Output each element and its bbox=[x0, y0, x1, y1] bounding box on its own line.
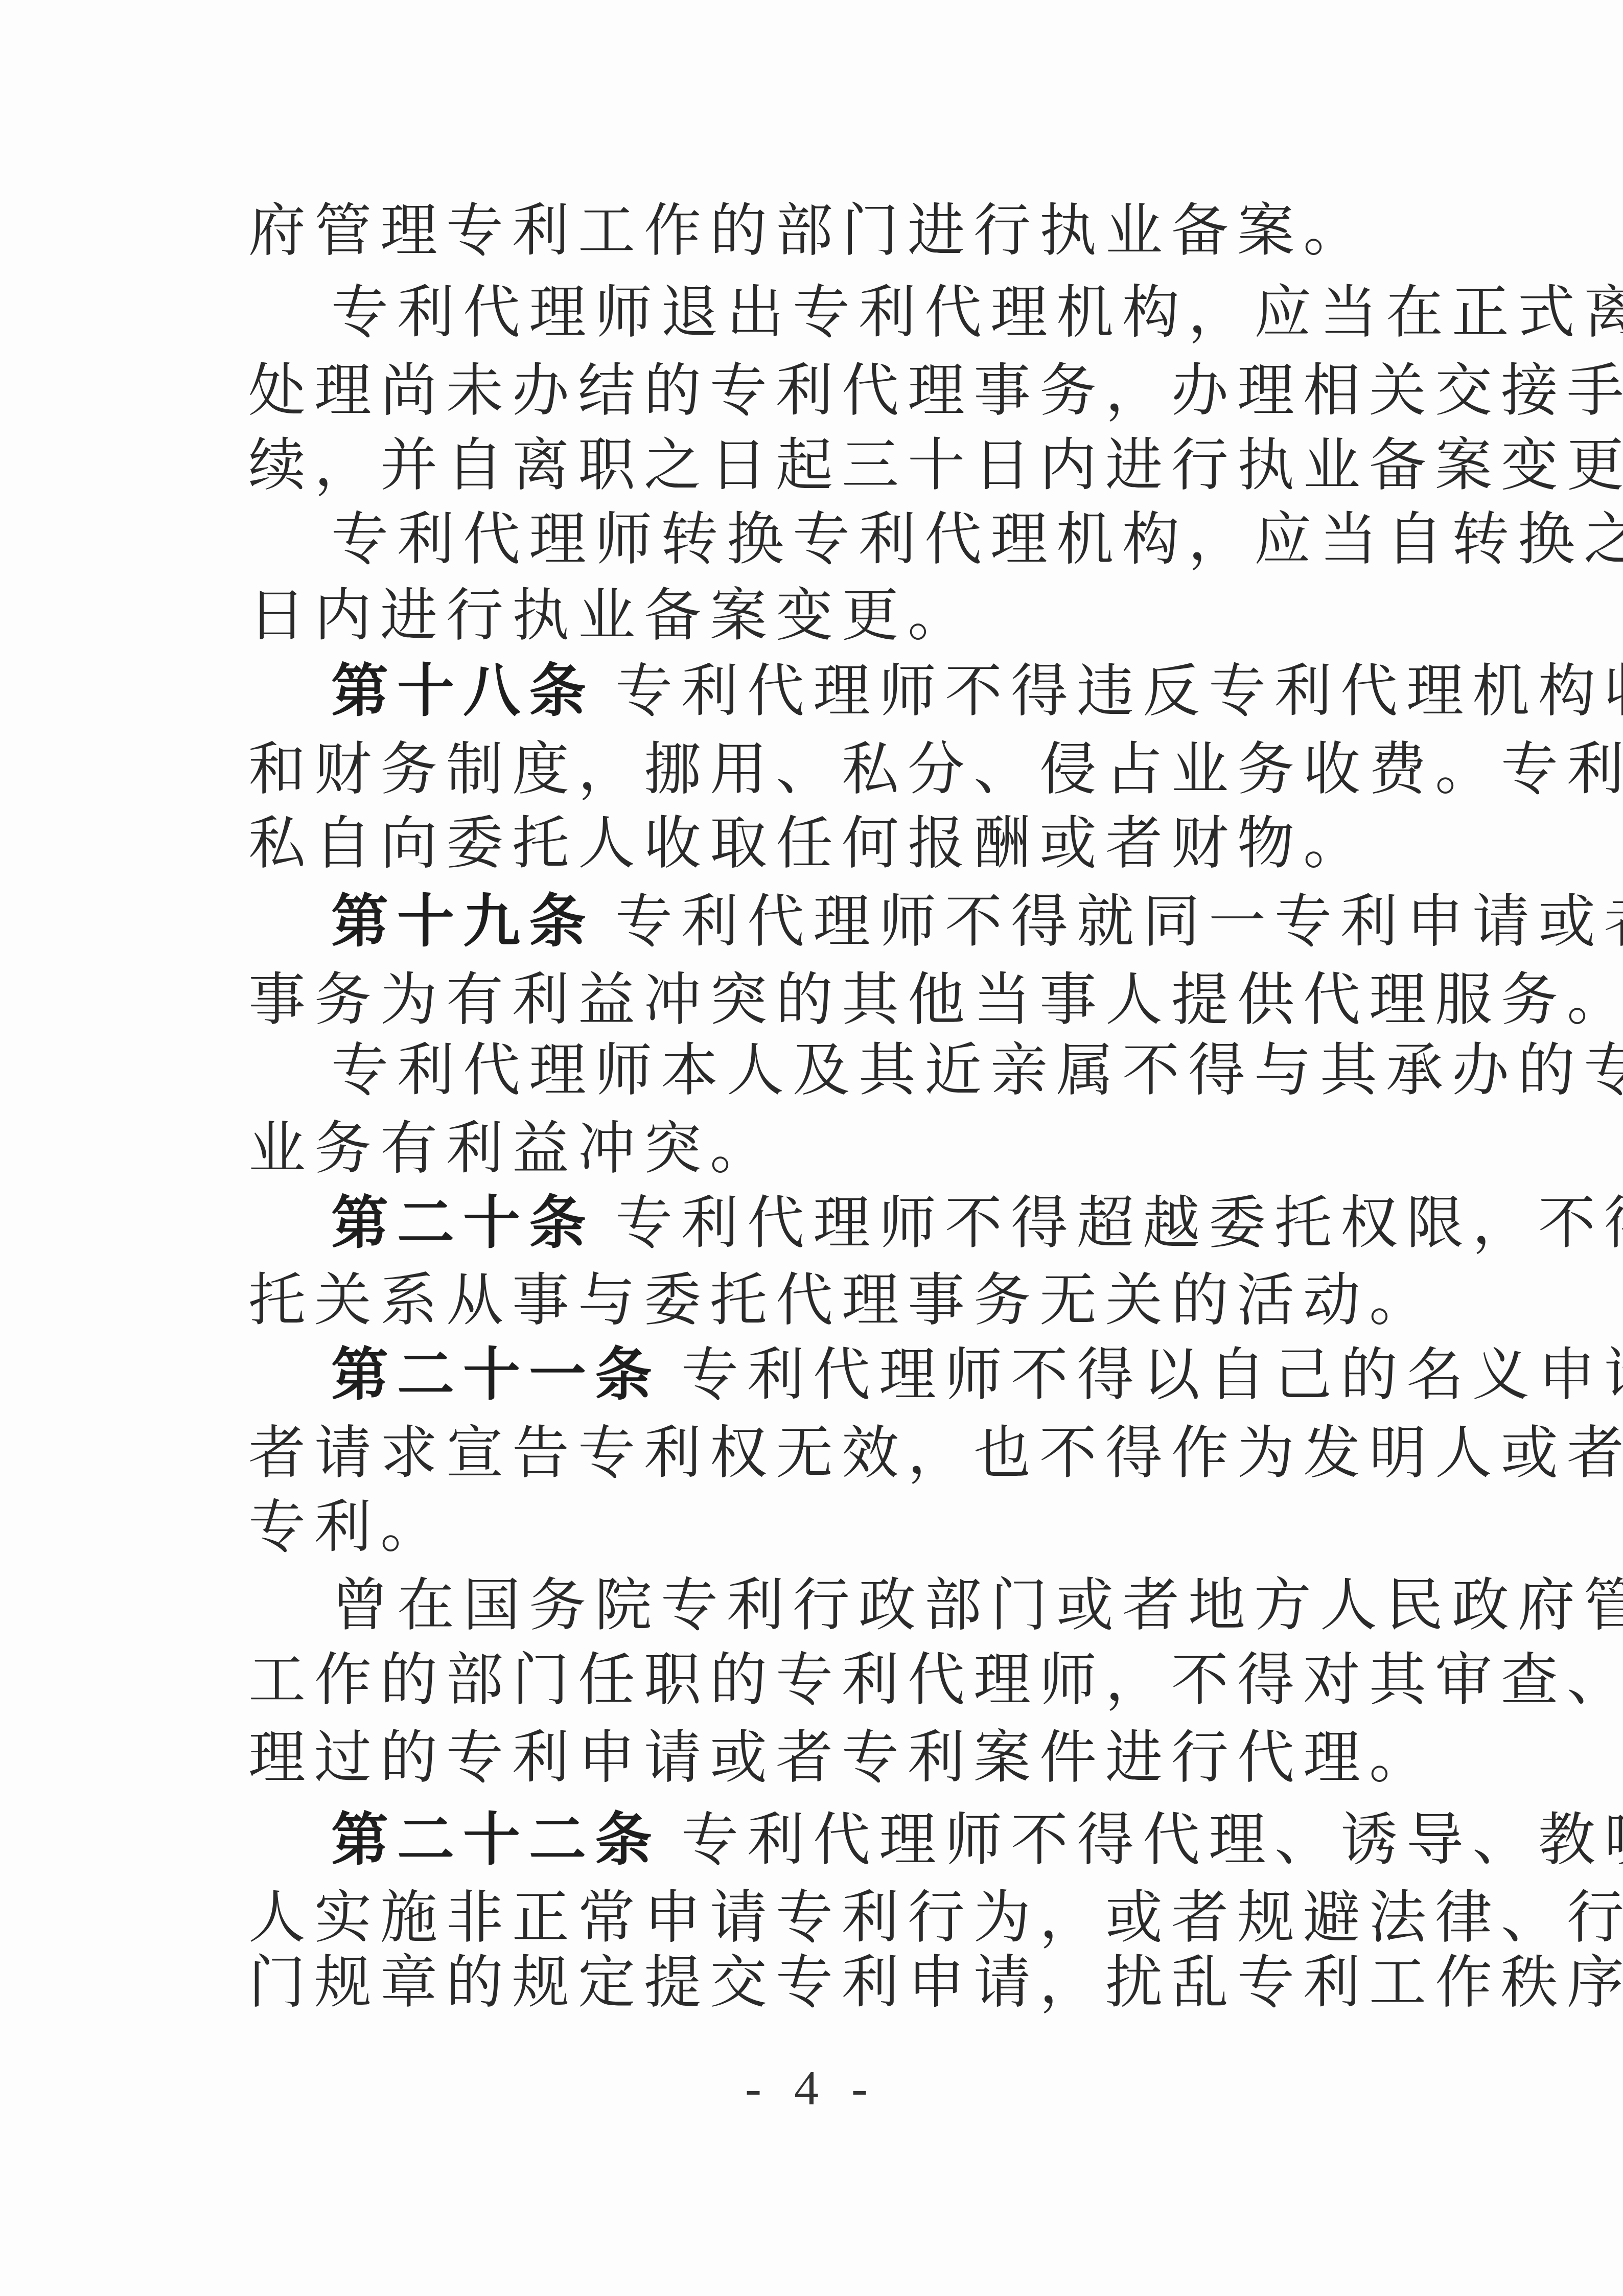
text-line: 专利代理师本人及其近亲属不得与其承办的专利代理 bbox=[331, 1032, 1623, 1109]
line-text: 专利代理师转换专利代理机构，应当自转换之日起三十 bbox=[331, 506, 1623, 573]
text-line: 日内进行执业备案变更。 bbox=[248, 577, 973, 654]
article-heading: 第十八条 bbox=[331, 658, 595, 725]
line-text: 专利代理师不得违反专利代理机构收费制度 bbox=[615, 658, 1623, 725]
line-text: 和财务制度，挪用、私分、侵占业务收费。专利代理师不得 bbox=[248, 736, 1623, 803]
line-text: 业务有利益冲突。 bbox=[248, 1116, 776, 1182]
article-heading: 第二十条 bbox=[331, 1190, 595, 1257]
text-line: 工作的部门任职的专利代理师，不得对其审查、审理或者处 bbox=[248, 1642, 1623, 1719]
line-text: 专利。 bbox=[248, 1494, 446, 1561]
article-20-line: 第二十条专利代理师不得超越委托权限，不得利用委 bbox=[331, 1185, 1623, 1262]
article-19-line: 第十九条专利代理师不得就同一专利申请或者专利权 bbox=[331, 884, 1623, 960]
text-line: 专利代理师转换专利代理机构，应当自转换之日起三十 bbox=[331, 501, 1623, 578]
line-text: 曾在国务院专利行政部门或者地方人民政府管理专利 bbox=[331, 1572, 1623, 1639]
text-line: 曾在国务院专利行政部门或者地方人民政府管理专利 bbox=[331, 1567, 1623, 1644]
line-text: 专利代理师不得以自己的名义申请专利或 bbox=[681, 1342, 1623, 1408]
text-line: 理过的专利申请或者专利案件进行代理。 bbox=[248, 1720, 1435, 1796]
article-22-line: 第二十二条专利代理师不得代理、诱导、教唆、帮助他 bbox=[331, 1802, 1623, 1878]
line-text: 专利代理师退出专利代理机构，应当在正式离职前妥善 bbox=[331, 280, 1623, 346]
text-line: 处理尚未办结的专利代理事务，办理相关交接手续和离职手 bbox=[248, 353, 1623, 429]
line-text: 事务为有利益冲突的其他当事人提供代理服务。 bbox=[248, 967, 1623, 1033]
text-line: 门规章的规定提交专利申请，扰乱专利工作秩序。 bbox=[248, 1944, 1623, 2021]
line-text: 专利代理师不得就同一专利申请或者专利权 bbox=[615, 889, 1623, 955]
text-line: 专利。 bbox=[248, 1489, 446, 1566]
text-line: 私自向委托人收取任何报酬或者财物。 bbox=[248, 805, 1369, 882]
line-text: 续，并自离职之日起三十日内进行执业备案变更。 bbox=[248, 432, 1623, 499]
line-text: 处理尚未办结的专利代理事务，办理相关交接手续和离职手 bbox=[248, 358, 1623, 424]
line-text: 日内进行执业备案变更。 bbox=[248, 583, 973, 649]
text-line: 专利代理师退出专利代理机构，应当在正式离职前妥善 bbox=[331, 274, 1623, 351]
line-text: 专利代理师不得代理、诱导、教唆、帮助他 bbox=[681, 1807, 1623, 1873]
article-heading: 第十九条 bbox=[331, 889, 595, 955]
line-text: 专利代理师本人及其近亲属不得与其承办的专利代理 bbox=[331, 1037, 1623, 1104]
line-text: 托关系从事与委托代理事务无关的活动。 bbox=[248, 1267, 1435, 1334]
article-21-line: 第二十一条专利代理师不得以自己的名义申请专利或 bbox=[331, 1337, 1623, 1413]
line-text: 私自向委托人收取任何报酬或者财物。 bbox=[248, 810, 1369, 877]
text-line: 续，并自离职之日起三十日内进行执业备案变更。 bbox=[248, 427, 1623, 504]
line-text: 府管理专利工作的部门进行执业备案。 bbox=[248, 198, 1369, 264]
text-line: 托关系从事与委托代理事务无关的活动。 bbox=[248, 1262, 1435, 1339]
line-text: 门规章的规定提交专利申请，扰乱专利工作秩序。 bbox=[248, 1950, 1623, 2016]
line-text: 者请求宣告专利权无效，也不得作为发明人或者设计人申请 bbox=[248, 1420, 1623, 1487]
text-line: 者请求宣告专利权无效，也不得作为发明人或者设计人申请 bbox=[248, 1415, 1623, 1492]
text-line: 府管理专利工作的部门进行执业备案。 bbox=[248, 193, 1369, 269]
document-page: 府管理专利工作的部门进行执业备案。 专利代理师退出专利代理机构，应当在正式离职前… bbox=[0, 0, 1623, 2296]
text-line: 事务为有利益冲突的其他当事人提供代理服务。 bbox=[248, 962, 1623, 1038]
article-heading: 第二十一条 bbox=[331, 1342, 661, 1408]
line-text: 理过的专利申请或者专利案件进行代理。 bbox=[248, 1725, 1435, 1791]
line-text: 工作的部门任职的专利代理师，不得对其审查、审理或者处 bbox=[248, 1647, 1623, 1713]
line-text: 专利代理师不得超越委托权限，不得利用委 bbox=[615, 1190, 1623, 1257]
page-number: - 4 - bbox=[0, 2059, 1623, 2116]
text-line: 和财务制度，挪用、私分、侵占业务收费。专利代理师不得 bbox=[248, 731, 1623, 808]
text-line: 业务有利益冲突。 bbox=[248, 1110, 776, 1187]
line-text: 人实施非正常申请专利行为，或者规避法律、行政法规和部 bbox=[248, 1885, 1623, 1951]
article-heading: 第二十二条 bbox=[331, 1807, 661, 1873]
article-18-line: 第十八条专利代理师不得违反专利代理机构收费制度 bbox=[331, 653, 1623, 730]
